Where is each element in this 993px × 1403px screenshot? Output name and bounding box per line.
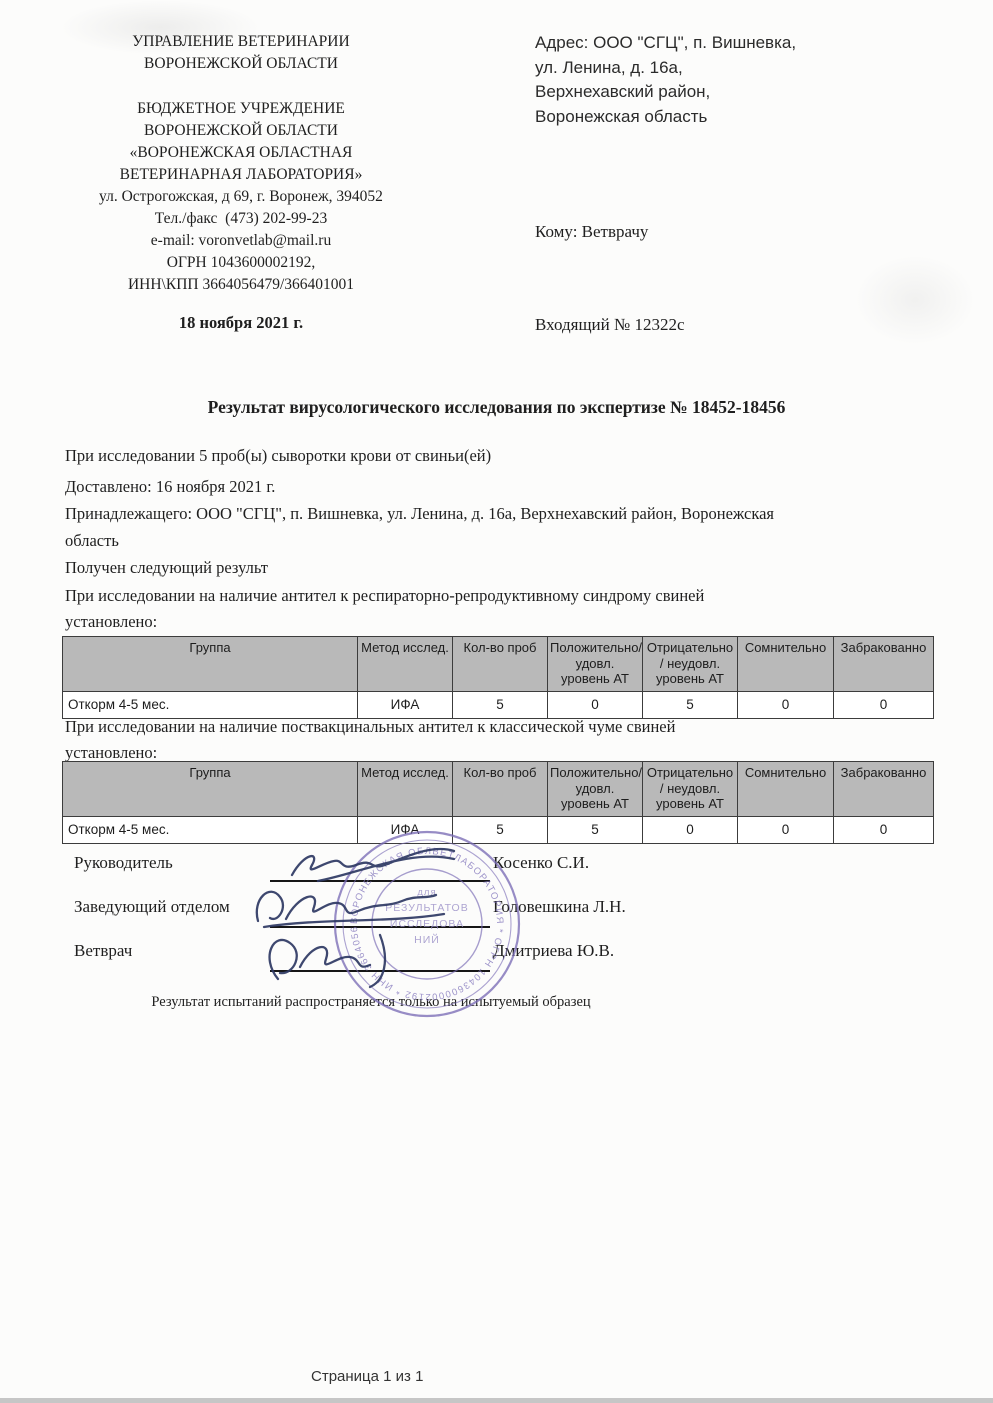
signature-name-head-of-department: Головешкина Л.Н.	[493, 897, 626, 917]
sender-ogrn: ОГРН 1043600002192,	[55, 252, 427, 274]
table-header-row: Группа Метод исслед. Кол-во проб Положит…	[63, 637, 934, 692]
sender-phone: Тел./факс (473) 202-99-23	[55, 208, 427, 230]
cell-rejected: 0	[834, 691, 934, 718]
document-date: 18 ноября 2021 г.	[55, 313, 427, 333]
signature-role-veterinarian: Ветврач	[74, 941, 132, 961]
scanned-document-page: УПРАВЛЕНИЕ ВЕТЕРИНАРИИ ВОРОНЕЖСКОЙ ОБЛАС…	[0, 0, 993, 1403]
column-header-sample-count: Кол-во проб	[453, 637, 548, 692]
stamp-inner-line: для	[417, 887, 436, 898]
table-header-row: Группа Метод исслед. Кол-во проб Положит…	[63, 762, 934, 817]
column-header-doubtful: Сомнительно	[738, 637, 834, 692]
column-header-positive: Положительно/ удовл. уровень АТ	[548, 637, 643, 692]
stamp-inner-line: ИССЛЕДОВА	[390, 918, 464, 930]
sender-inn-kpp: ИНН\КПП 3664056479/366401001	[55, 274, 427, 296]
sender-org-line: «ВОРОНЕЖСКАЯ ОБЛАСТНАЯ	[55, 142, 427, 164]
table-row: Откорм 4-5 мес. ИФА 5 0 5 0 0	[63, 691, 934, 718]
column-header-doubtful: Сомнительно	[738, 762, 834, 817]
cell-negative: 0	[643, 816, 738, 843]
body-owner-line-wrap: область	[65, 531, 955, 551]
body-csf-intro: При исследовании на наличие поствакцинал…	[65, 717, 955, 737]
column-header-sample-count: Кол-во проб	[453, 762, 548, 817]
sender-org-line: ВЕТЕРИНАРНАЯ ЛАБОРАТОРИЯ»	[55, 164, 427, 186]
signature-role-director: Руководитель	[74, 853, 173, 873]
scan-edge-strip	[0, 1398, 993, 1403]
stamp-inner-line: НИЙ	[414, 933, 440, 946]
recipient-address-block: Адрес: ООО "СГЦ", п. Вишневка, ул. Ленин…	[535, 31, 965, 129]
body-prrs-intro: При исследовании на наличие антител к ре…	[65, 586, 955, 606]
cell-doubtful: 0	[738, 816, 834, 843]
body-delivered-line: Доставлено: 16 ноября 2021 г.	[65, 477, 955, 497]
body-owner-line: Принадлежащего: ООО "СГЦ", п. Вишневка, …	[65, 504, 955, 524]
cell-sample-count: 5	[453, 816, 548, 843]
cell-positive: 0	[548, 691, 643, 718]
recipient-address-line: Адрес: ООО "СГЦ", п. Вишневка,	[535, 31, 965, 56]
sender-email: e-mail: voronvetlab@mail.ru	[55, 230, 427, 252]
disclaimer-note: Результат испытаний распространяется тол…	[65, 994, 677, 1011]
sender-org-block: БЮДЖЕТНОЕ УЧРЕЖДЕНИЕ ВОРОНЕЖСКОЙ ОБЛАСТИ…	[55, 98, 427, 296]
recipient-address-line: Воронежская область	[535, 105, 965, 130]
signature-stroke-director	[292, 849, 454, 881]
signature-role-head-of-department: Заведующий отделом	[74, 897, 230, 917]
column-header-method: Метод исслед.	[358, 637, 453, 692]
column-header-group: Группа	[63, 762, 358, 817]
cell-group: Откорм 4-5 мес.	[63, 816, 358, 843]
prrs-results-table: Группа Метод исслед. Кол-во проб Положит…	[62, 636, 934, 719]
round-stamp: ВОРОНЕЖСКАЯ ОБЛВЕТЛАБОРАТОРИЯ * ОГРН 104…	[230, 815, 519, 1016]
cell-method: ИФА	[358, 816, 453, 843]
column-header-rejected: Забракованно	[834, 637, 934, 692]
column-header-method: Метод исслед.	[358, 762, 453, 817]
cell-negative: 5	[643, 691, 738, 718]
column-header-positive: Положительно/ удовл. уровень АТ	[548, 762, 643, 817]
cell-sample-count: 5	[453, 691, 548, 718]
sender-org-line: ВОРОНЕЖСКОЙ ОБЛАСТИ	[55, 120, 427, 142]
body-csf-intro-wrap: установлено:	[65, 743, 955, 763]
signature-name-director: Косенко С.И.	[493, 853, 589, 873]
recipient-address-line: Верхнехавский район,	[535, 80, 965, 105]
incoming-number: Входящий № 12322с	[535, 315, 685, 335]
scan-smudge	[855, 255, 975, 345]
signature-line	[270, 926, 490, 928]
table-row: Откорм 4-5 мес. ИФА 5 5 0 0 0	[63, 816, 934, 843]
signature-line	[270, 880, 490, 882]
recipient-to-line: Кому: Ветврачу	[535, 222, 648, 242]
body-result-intro: Получен следующий результ	[65, 558, 955, 578]
signature-line	[270, 970, 490, 972]
column-header-group: Группа	[63, 637, 358, 692]
sender-authority-line: ВОРОНЕЖСКОЙ ОБЛАСТИ	[55, 53, 427, 75]
column-header-negative: Отрицательно / неудовл. уровень АТ	[643, 762, 738, 817]
body-samples-line: При исследовании 5 проб(ы) сыворотки кро…	[65, 446, 955, 466]
recipient-address-line: ул. Ленина, д. 16а,	[535, 56, 965, 81]
column-header-rejected: Забракованно	[834, 762, 934, 817]
cell-group: Откорм 4-5 мес.	[63, 691, 358, 718]
signature-stroke-veterinarian	[270, 935, 385, 987]
csf-results-table: Группа Метод исслед. Кол-во проб Положит…	[62, 761, 934, 844]
sender-street-address: ул. Острогожская, д 69, г. Воронеж, 3940…	[55, 186, 427, 208]
signature-stroke-head-of-department	[257, 892, 444, 927]
cell-doubtful: 0	[738, 691, 834, 718]
cell-positive: 5	[548, 816, 643, 843]
column-header-negative: Отрицательно / неудовл. уровень АТ	[643, 637, 738, 692]
cell-method: ИФА	[358, 691, 453, 718]
sender-authority-block: УПРАВЛЕНИЕ ВЕТЕРИНАРИИ ВОРОНЕЖСКОЙ ОБЛАС…	[55, 31, 427, 75]
cell-rejected: 0	[834, 816, 934, 843]
body-prrs-intro-wrap: установлено:	[65, 612, 955, 632]
sender-org-line: БЮДЖЕТНОЕ УЧРЕЖДЕНИЕ	[55, 98, 427, 120]
page-number: Страница 1 из 1	[311, 1368, 423, 1385]
signature-name-veterinarian: Дмитриева Ю.В.	[493, 941, 614, 961]
stamp-inner-line: РЕЗУЛЬТАТОВ	[385, 902, 468, 914]
sender-authority-line: УПРАВЛЕНИЕ ВЕТЕРИНАРИИ	[55, 31, 427, 53]
document-title: Результат вирусологического исследования…	[0, 397, 993, 418]
